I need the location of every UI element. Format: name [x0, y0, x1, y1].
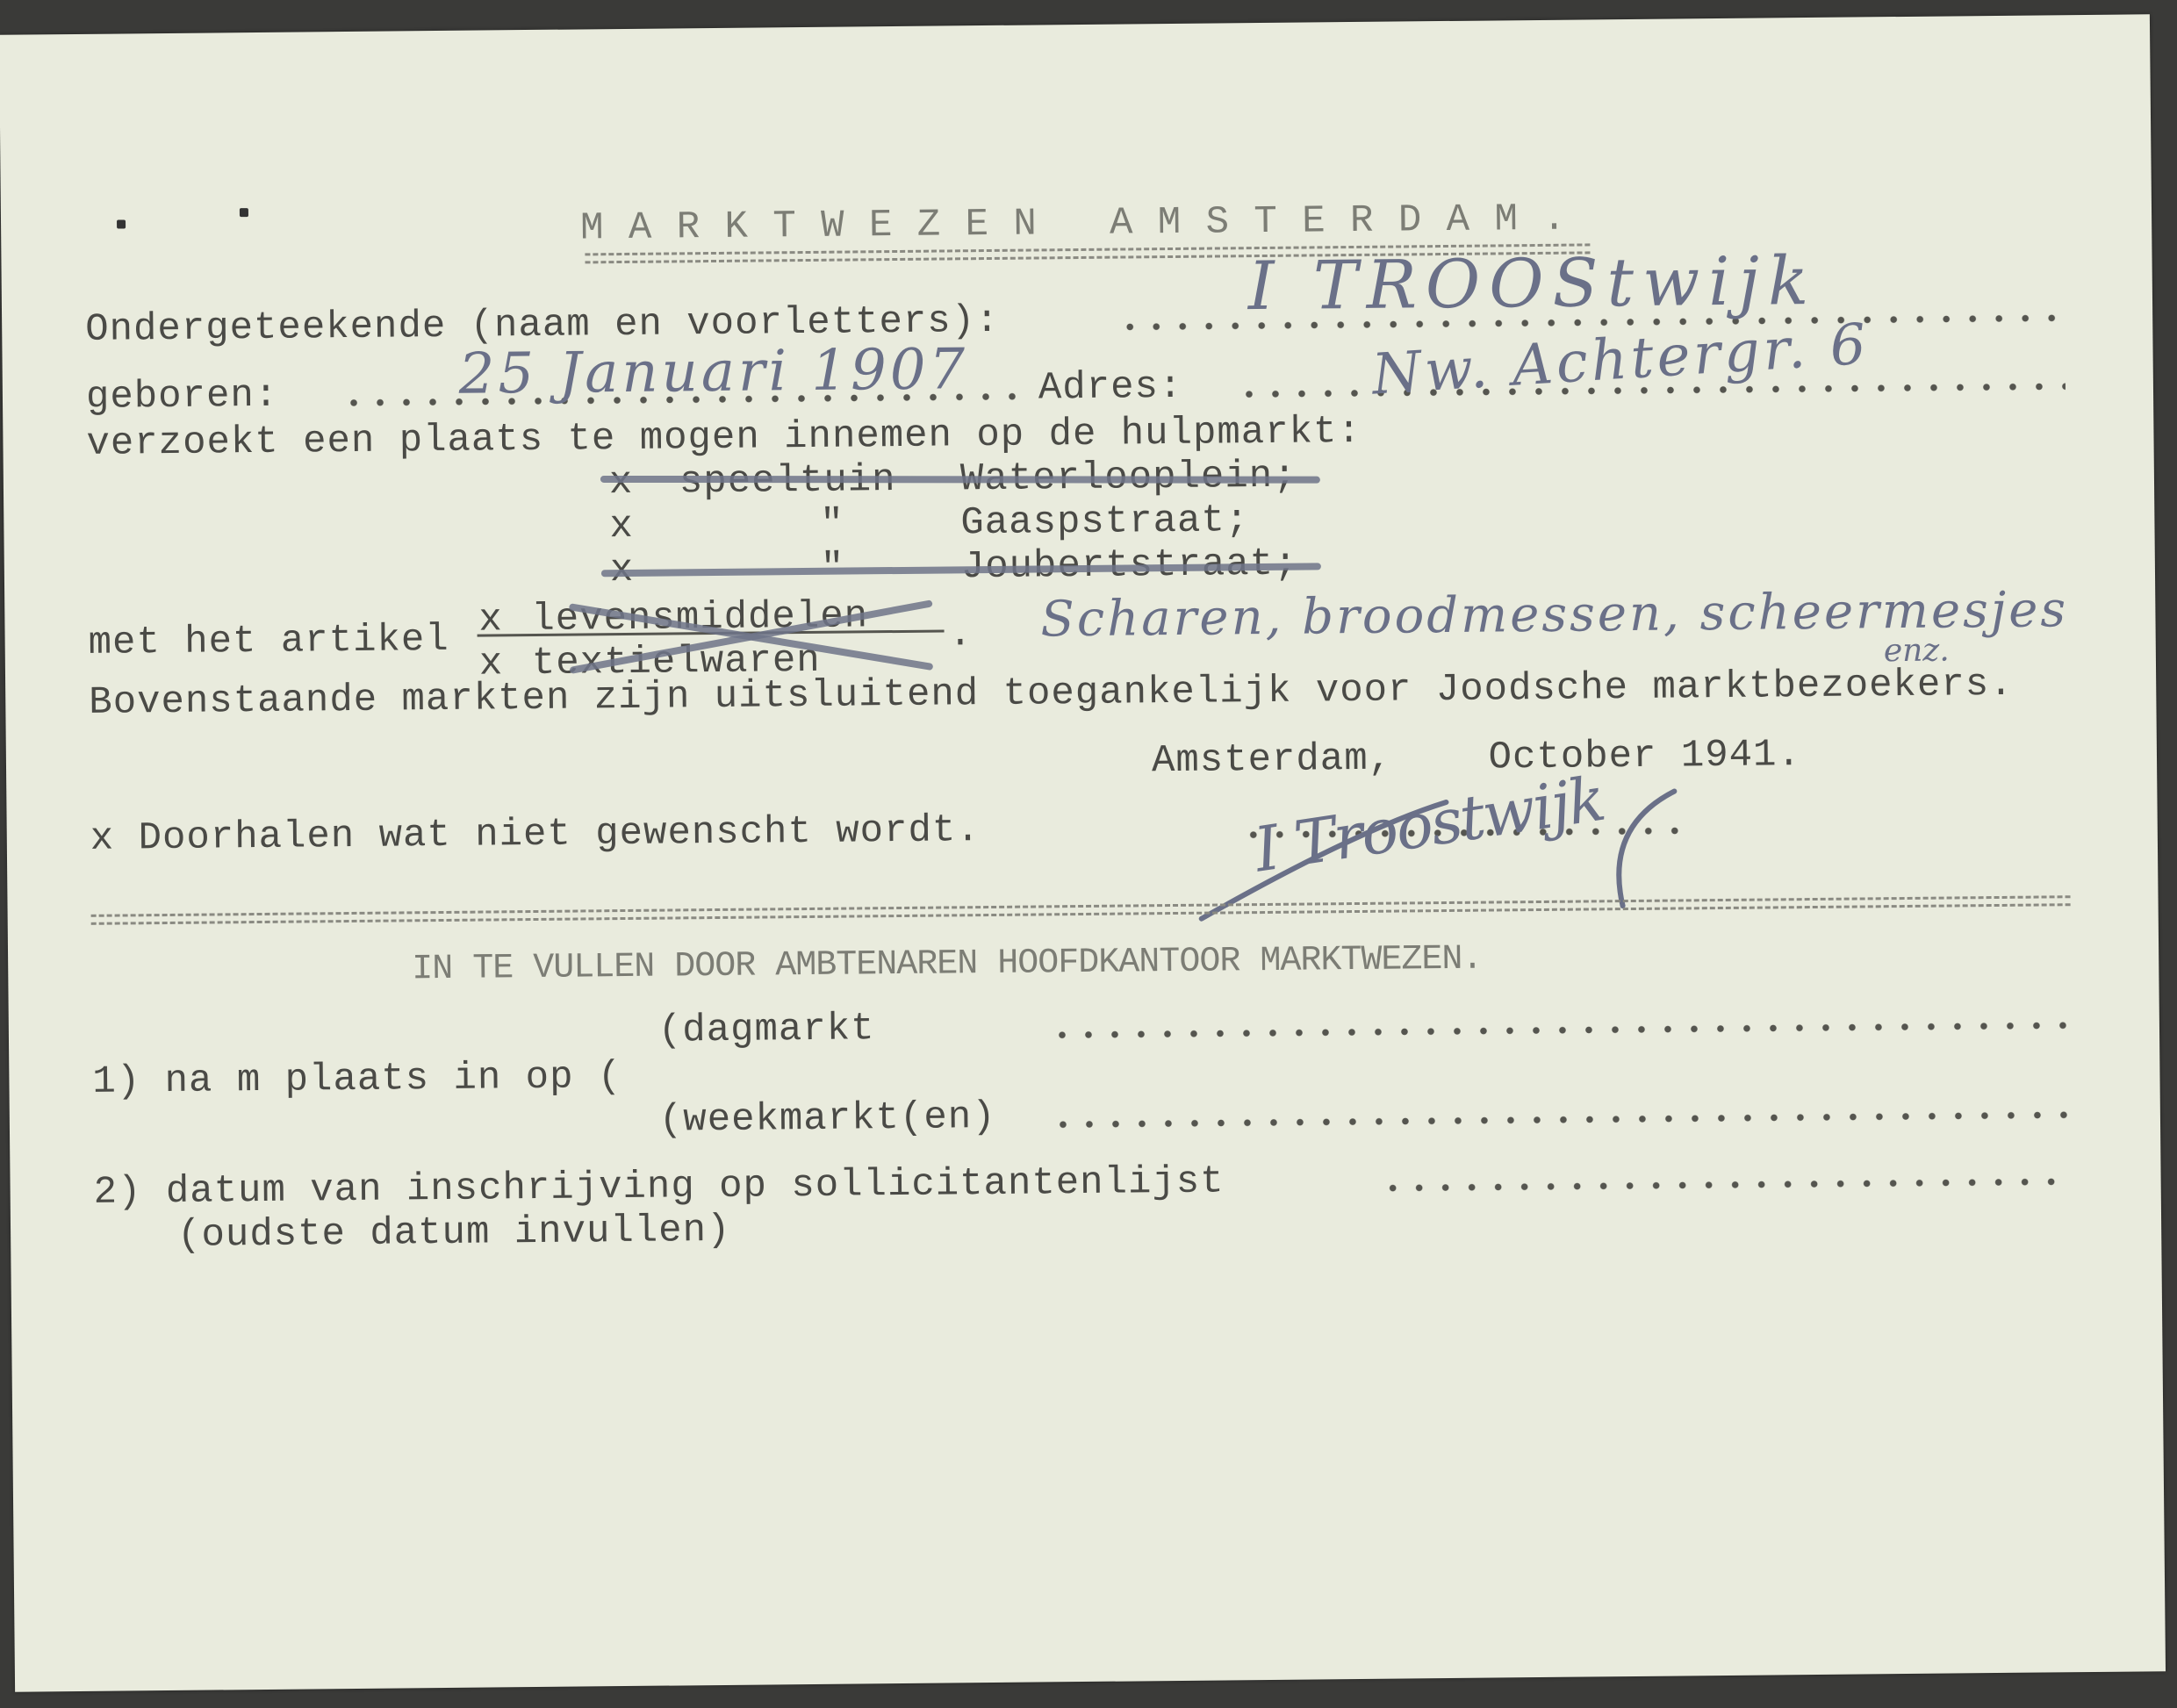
punch-mark [240, 208, 248, 217]
article-period: . [948, 615, 973, 654]
notice-text: Bovenstaande markten zijn uitsluitend to… [89, 665, 2014, 722]
office-option-weekmarkt: (weekmarkt(en) [659, 1098, 996, 1140]
market-ditto: " [820, 506, 844, 544]
dagmarkt-field-dots[interactable] [1049, 1021, 2072, 1039]
office-item1-label: 1) na m plaats in op ( [92, 1058, 621, 1102]
section-separator [91, 895, 2071, 925]
market-name: Gaaspstraat; [960, 501, 1249, 542]
office-item2-note: (oudste datum invullen) [177, 1211, 731, 1255]
page-title: M A R K T W E Z E N A M S T E R D A M . [580, 200, 1567, 248]
article-label: met het artikel [88, 621, 449, 663]
market-marker: x [609, 463, 634, 502]
born-label: geboren: [86, 377, 279, 417]
document-page: M A R K T W E Z E N A M S T E R D A M . … [0, 14, 2166, 1691]
born-value: 25 Januari 1907 [458, 341, 968, 403]
weekmarkt-field-dots[interactable] [1050, 1110, 2073, 1129]
market-marker: x [609, 507, 634, 546]
strike-note: x Doorhalen wat niet gewenscht wordt. [90, 811, 981, 858]
market-list: x speeltuin Waterlooplein; x " Gaaspstra… [0, 14, 2150, 35]
office-heading: IN TE VULLEN DOOR AMBTENAREN HOOFDKANTOO… [412, 943, 1483, 988]
registration-date-field-dots[interactable] [1380, 1177, 2073, 1193]
strikethrough [600, 476, 1320, 484]
office-option-dagmarkt: (dagmarkt [658, 1009, 875, 1050]
address-label: Adres: [1038, 368, 1183, 408]
punch-mark [117, 219, 126, 228]
name-value: I TROOStwijk [1247, 248, 1817, 319]
office-item2-label: 2) datum van inschrijving op sollicitant… [93, 1162, 1224, 1211]
